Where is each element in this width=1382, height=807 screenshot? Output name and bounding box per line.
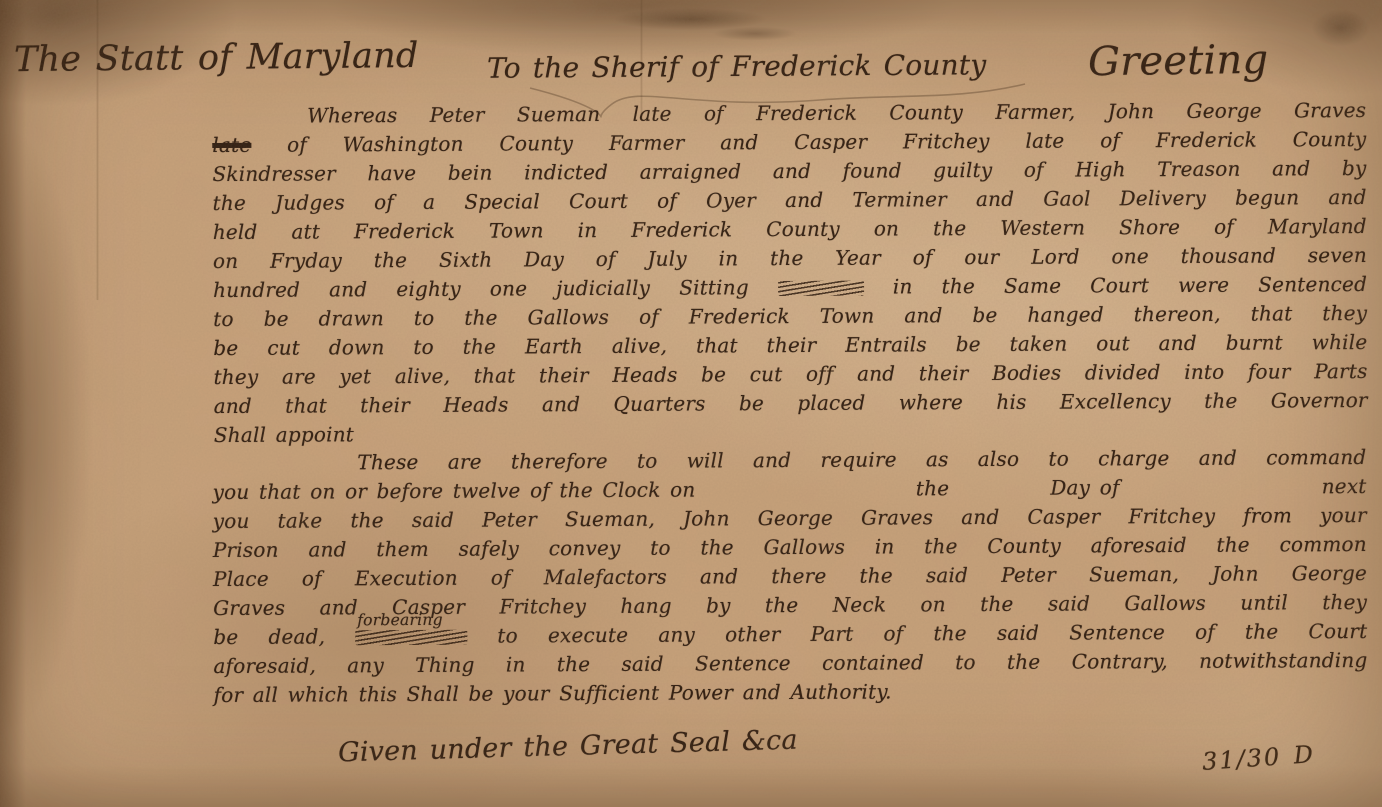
line-text: you that on or before twelve of the Cloc… <box>212 475 695 507</box>
blank-space-for-date <box>949 495 1050 496</box>
manuscript-line: These are therefore to will and require … <box>212 443 1366 478</box>
line-text: next <box>1322 472 1367 501</box>
manuscript-line: for all which this Shall be your Suffici… <box>214 675 1368 710</box>
line-text: Day of <box>1050 473 1119 502</box>
addressee-line: To the Sherif of Frederick County <box>487 48 987 84</box>
sentence-paragraph: Whereas Peter Sueman late of Frederick C… <box>212 96 1368 450</box>
manuscript-line: and that their Heads and Quarters be pla… <box>214 386 1368 421</box>
correction-group: forbearing <box>355 622 467 652</box>
scribbled-out-word <box>778 281 864 296</box>
blank-space-for-date <box>1120 493 1322 494</box>
manuscript-line: aforesaid, any Thing in the said Sentenc… <box>213 646 1367 681</box>
state-title: The Statt of Maryland <box>14 36 419 80</box>
blank-space-for-date <box>695 495 915 496</box>
command-paragraph: These are therefore to will and require … <box>212 443 1367 710</box>
line-text: the <box>916 474 950 503</box>
docket-number: 31/30 D <box>1201 740 1316 776</box>
line-text: hundred and eighty one judicially Sittin… <box>213 275 749 302</box>
greeting-word: Greeting <box>1088 37 1269 86</box>
line-text: be dead, <box>213 624 325 649</box>
ink-bleedthrough-smudge <box>560 0 820 48</box>
ink-bleedthrough-smudge <box>1290 0 1382 70</box>
closing-formula: Given under the Great Seal &ca <box>338 725 798 769</box>
scribbled-out-word <box>355 630 467 645</box>
struck-out-word: late <box>212 133 251 157</box>
manuscript-page: The Statt of Maryland To the Sherif of F… <box>0 0 1382 807</box>
line-text: to execute any other Part of the said Se… <box>497 619 1367 648</box>
line-text: of Washington County Farmer and Casper F… <box>287 127 1366 157</box>
line-text: in the Same Court were Sentenced <box>893 272 1367 298</box>
